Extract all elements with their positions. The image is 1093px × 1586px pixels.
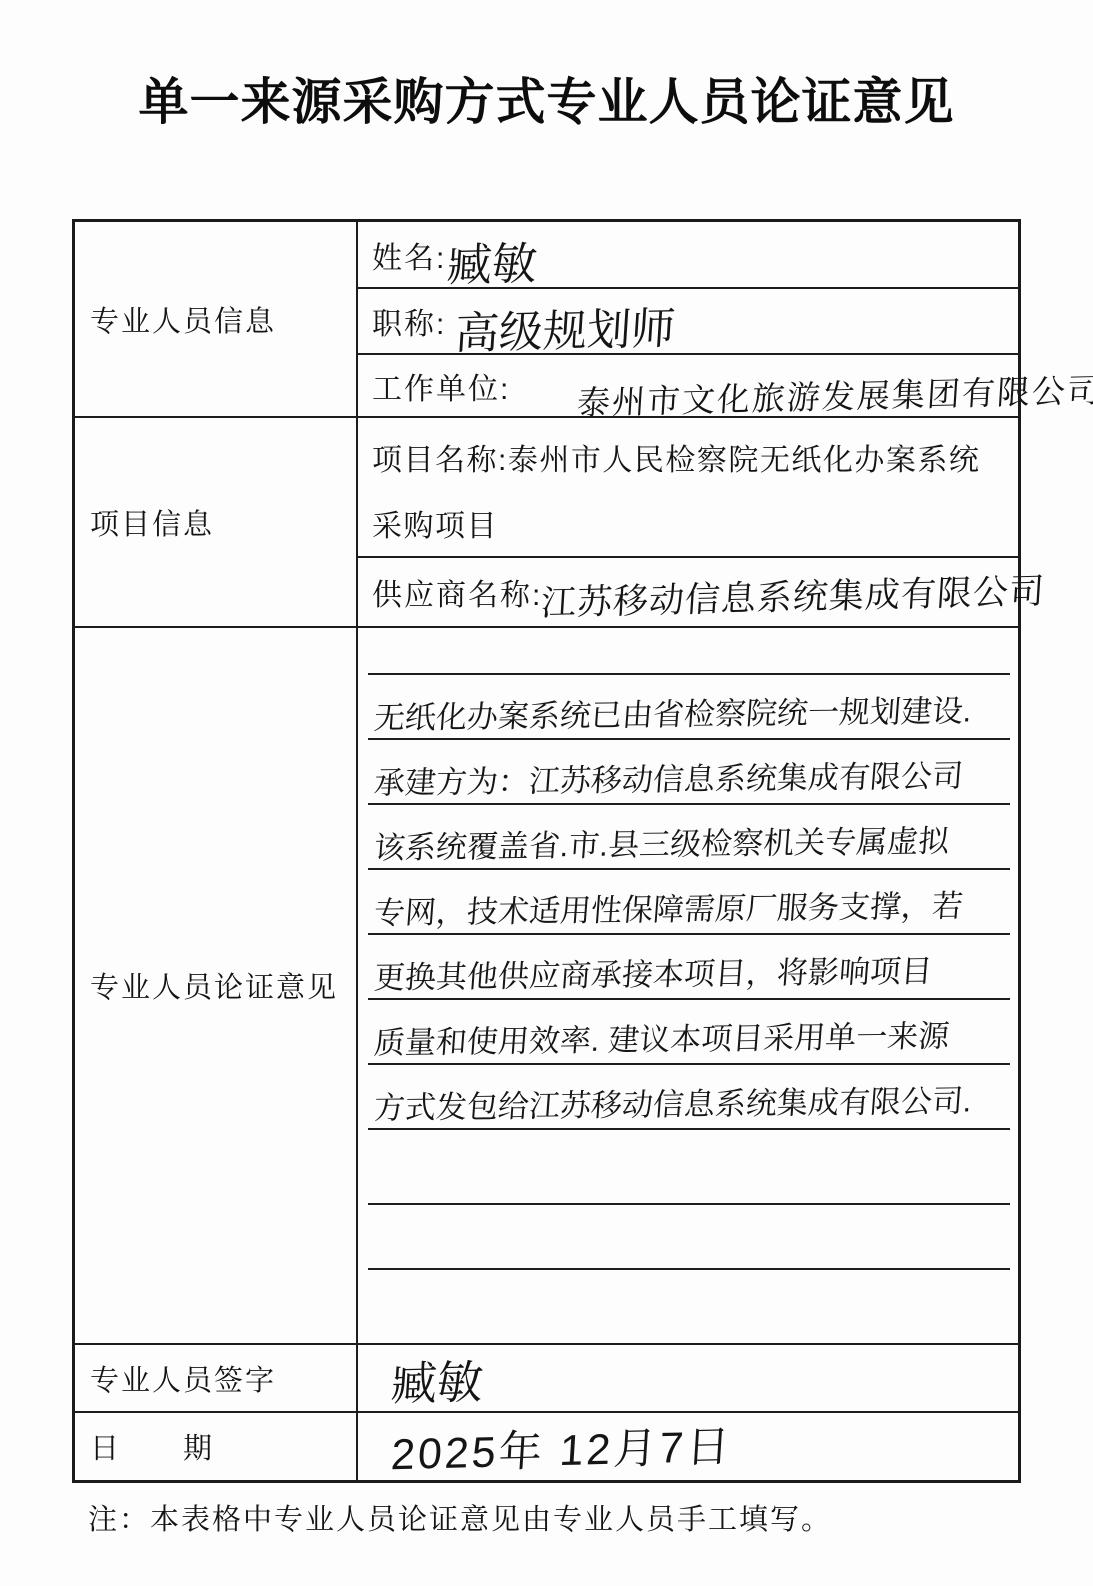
- footnote: 注：本表格中专业人员论证意见由专业人员手工填写。: [88, 1497, 832, 1538]
- date-handwritten-value: 2025年 12月7日: [390, 1426, 734, 1477]
- personnel-section-label-cell: 专业人员信息: [75, 222, 358, 418]
- form-table: 专业人员信息 项目信息 专业人员论证意见 专业人员签字 日 期 姓名: 臧敏 职…: [72, 219, 1021, 1483]
- opinion-section-label: 专业人员论证意见: [90, 965, 338, 1006]
- supplier-field-label: 供应商名称:: [372, 570, 542, 614]
- opinion-section-label-cell: 专业人员论证意见: [75, 628, 358, 1345]
- signature-label-cell: 专业人员签字: [75, 1345, 358, 1413]
- project-name-cell: 项目名称:泰州市人民检察院无纸化办案系统采购项目: [358, 418, 1018, 558]
- ruled-line: [368, 1203, 1010, 1205]
- opinion-handwritten-line: 方式发包给江苏移动信息系统集成有限公司.: [372, 1078, 973, 1131]
- page-title: 单一来源采购方式专业人员论证意见: [0, 62, 1093, 134]
- opinion-handwritten-line: 承建方为：江苏移动信息系统集成有限公司: [372, 753, 964, 806]
- scanned-form-page: 单一来源采购方式专业人员论证意见 专业人员信息 项目信息 专业人员论证意见 专业…: [0, 0, 1093, 1586]
- title-field-label: 职称:: [372, 299, 446, 343]
- opinion-handwritten-line: 质量和使用效率. 建议本项目采用单一来源: [372, 1013, 951, 1066]
- project-section-label: 项目信息: [90, 502, 214, 543]
- name-field-label: 姓名:: [372, 233, 446, 277]
- opinion-handwritten-line: 专网，技术适用性保障需原厂服务支撑，若: [372, 883, 964, 936]
- ruled-line: [368, 1268, 1010, 1270]
- date-label-cell: 日 期: [75, 1413, 358, 1480]
- opinion-handwritten-line: 该系统覆盖省.市.县三级检察机关专属虚拟: [372, 818, 951, 871]
- signature-handwritten-value: 臧敏: [390, 1359, 485, 1407]
- workunit-field-label: 工作单位:: [372, 364, 510, 408]
- signature-label: 专业人员签字: [90, 1358, 276, 1399]
- name-handwritten-value: 臧敏: [446, 241, 539, 288]
- personnel-section-label: 专业人员信息: [90, 299, 276, 340]
- opinion-handwritten-line: 更换其他供应商承接本项目，将影响项目: [372, 949, 933, 1002]
- date-label: 日 期: [90, 1426, 214, 1467]
- project-section-label-cell: 项目信息: [75, 418, 358, 628]
- project-name-label: 项目名称:: [372, 444, 508, 477]
- ruled-line: [368, 673, 1010, 675]
- title-handwritten-value: 高级规划师: [454, 307, 677, 356]
- opinion-box: 无纸化办案系统已由省检察院统一规划建设. 承建方为：江苏移动信息系统集成有限公司…: [358, 628, 1018, 1345]
- opinion-handwritten-line: 无纸化办案系统已由省检察院统一规划建设.: [372, 688, 973, 741]
